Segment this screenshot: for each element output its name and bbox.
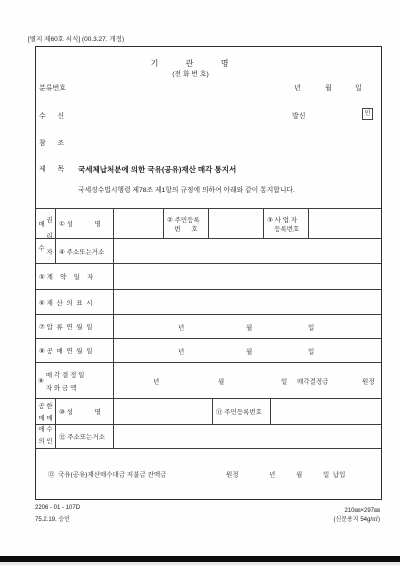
payment-row: ⑬ 국유(공유)재산매수대금 지불금 잔액금 원정 년 월 일 납입 (36, 449, 381, 499)
year-label: 년 (269, 470, 275, 479)
year-label: 년 (153, 376, 159, 385)
name2-label-cell: ⑩ 성 명 (56, 399, 114, 424)
organization-phone: (전 화 번 호) (36, 68, 345, 78)
recipient-label: 수 신 (39, 111, 64, 121)
month-label: 월 (296, 470, 302, 479)
property-value-cell (114, 290, 381, 314)
table-row: ⑩ 성 명 ⑪ 주민등록번호 (36, 399, 381, 425)
date-month-label: 월 (325, 83, 332, 93)
table-row: ④ 주소또는거소 (36, 239, 381, 264)
table-row: ⑧ 공 매 연 월 일 년 월 일 (36, 339, 381, 363)
table-row: ① 성 명 ② 주민등록 번 호 ③ 사 업 자 등록번호 (36, 209, 381, 239)
form-approval: 75.2.19. 승인 (35, 514, 70, 523)
subject-title: 국세체납처분에 의한 국유(공유)재산 매각 통지서 (78, 164, 236, 175)
payment-won-label: 원정 (226, 470, 239, 479)
official-seal-box: 인 (362, 108, 373, 120)
seizure-date-label-cell: ⑦ 압 류 연 월 일 (36, 315, 114, 338)
decision-won-label: 원정 (362, 376, 375, 385)
address2-value-cell (114, 425, 381, 448)
day-label: 일 (308, 346, 314, 355)
auction-date-value-cell: 년 월 일 (114, 339, 381, 362)
seal-text: 인 (365, 111, 371, 117)
decision-price-label: 매각결정금 (297, 376, 328, 385)
month-label: 월 (246, 346, 252, 355)
resident-no2-value-cell (271, 399, 381, 424)
date-year-label: 년 (294, 83, 301, 93)
table-row: ⑨ 매 각 결 정 일 자 와 금 액 년 월 일 매각결정금 원정 (36, 363, 381, 399)
table-row: ⑦ 압 류 연 월 일 년 월 일 (36, 315, 381, 339)
resident-no1-label-cell: ② 주민등록 번 호 (164, 209, 209, 238)
day-label: 일 (281, 376, 287, 385)
form-number-note: [별지 제60호 서식] (00.3.27. 개정) (28, 34, 124, 43)
payment-number: ⑬ (48, 470, 55, 479)
address1-label-cell: ④ 주소또는거소 (56, 239, 114, 263)
contract-date-label-cell: ⑤ 계 약 일 자 (36, 264, 114, 289)
address1-value-cell (114, 239, 381, 263)
form-code: 2206 - 01 - 107D (35, 505, 80, 511)
year-label: 년 (178, 322, 184, 331)
property-label-cell: ⑥ 재 산 의 표 시 (36, 290, 114, 314)
business-no-value-cell (309, 209, 381, 238)
name2-value-cell (114, 399, 213, 424)
resident-no1-value-cell (209, 209, 264, 238)
subject-description: 국세징수법시행령 제78조 제1항의 규정에 의하여 아래와 같이 통지합니다. (78, 184, 295, 194)
table-row: ⑤ 계 약 일 자 (36, 264, 381, 290)
seizure-date-value-cell: 년 월 일 (114, 315, 381, 338)
table-row: ⑥ 재 산 의 표 시 (36, 290, 381, 315)
paper-spec: (신문용지 54g/㎡) (333, 514, 380, 523)
form-outer-box: 기 관 명 (전 화 번 호) 분류번호 년 월 일 수 신 발신 인 참 조 … (35, 46, 382, 500)
name1-label-cell: ① 성 명 (56, 209, 114, 238)
table-row: ⑫ 주소또는거소 (36, 425, 381, 449)
auction-date-label-cell: ⑧ 공 매 연 월 일 (36, 339, 114, 362)
form-table: 매수 권리자 공매에의 한매수인 ① 성 명 ② 주민등록 번 호 ③ 사 업 … (36, 208, 381, 499)
reference-label: 참 조 (39, 138, 64, 148)
name1-value-cell (114, 209, 164, 238)
day-label: 일 (308, 322, 314, 331)
month-label: 월 (246, 322, 252, 331)
month-label: 월 (218, 376, 224, 385)
scanned-form-page: [별지 제60호 서식] (00.3.27. 개정) 기 관 명 (전 화 번 … (0, 0, 400, 565)
day-paid-label: 일 납입 (323, 470, 345, 479)
subject-label: 제 목 (39, 164, 64, 174)
decision-number: ⑨ (38, 377, 44, 385)
resident-no2-label-cell: ⑪ 주민등록번호 (213, 399, 271, 424)
decision-label-cell: ⑨ 매 각 결 정 일 자 와 금 액 (36, 363, 114, 398)
sender-label: 발신 (292, 111, 306, 121)
payment-cell: ⑬ 국유(공유)재산매수대금 지불금 잔액금 원정 년 월 일 납입 (36, 449, 381, 499)
business-no-label-cell: ③ 사 업 자 등록번호 (264, 209, 309, 238)
address2-label-cell: ⑫ 주소또는거소 (56, 425, 114, 448)
date-day-label: 일 (355, 83, 362, 93)
classification-number-label: 분류번호 (39, 83, 66, 93)
contract-date-value-cell (114, 264, 381, 289)
payment-text: 국유(공유)재산매수대금 지불금 잔액금 (58, 470, 166, 479)
decision-value-cell: 년 월 일 매각결정금 원정 (114, 363, 381, 398)
year-label: 년 (178, 346, 184, 355)
paper-size: 210㎜×297㎜ (344, 505, 380, 514)
